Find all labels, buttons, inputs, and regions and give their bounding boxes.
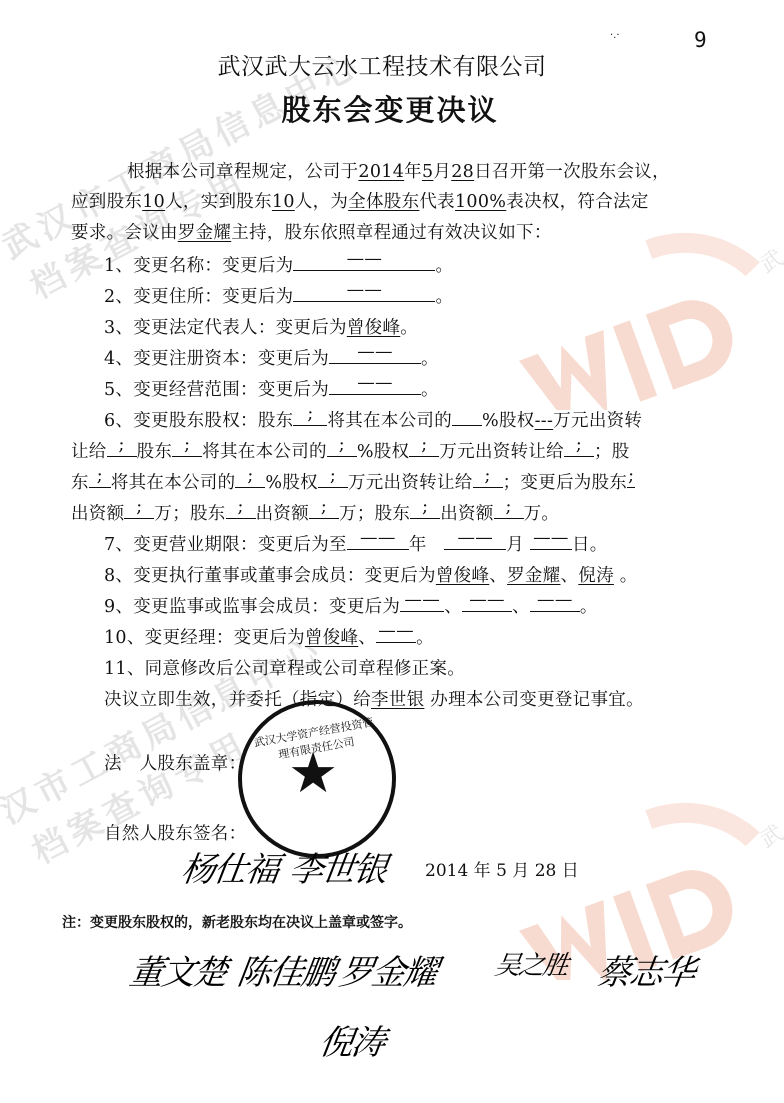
footnote: 注：变更股东股权的，新老股东均在决议上盖章或签字。	[62, 912, 412, 932]
legal-shareholder-label: 法 人股东盖章：	[104, 750, 246, 775]
item-4: 4、变更注册资本：变更后为——。	[104, 345, 439, 370]
item-3-value: 曾俊峰	[347, 318, 400, 338]
signature: 李世银	[287, 842, 390, 891]
scan-speck: ·.·	[610, 30, 620, 41]
item-8: 8、变更执行董事或董事会成员：变更后为曾俊峰、罗金耀、倪涛 。	[104, 562, 638, 587]
item-3: 3、变更法定代表人：变更后为曾俊峰。	[104, 314, 418, 339]
item-5-value: ——	[329, 378, 421, 395]
intro-line-2: 应到股东10人，实到股东10人，为全体股东代表100%表决权，符合法定	[71, 188, 649, 213]
item-2-value: ——	[293, 285, 435, 302]
item-6-line-4: 出资额;万；股东;出资额;万；股东;出资额;万。	[71, 500, 559, 525]
company-seal: ★ 武汉大学资产经营投资管理有限责任公司	[238, 700, 396, 858]
resolution-line: 决议立即生效，并委托（指定）给李世银 办理本公司变更登记事宜。	[104, 686, 644, 711]
item-10: 10、变更经理：变更后为曾俊峰、——。	[104, 624, 434, 649]
company-name: 武汉武大云水工程技术有限公司	[0, 48, 784, 81]
intro-line-1: 根据本公司章程规定，公司于2014年5月28日召开第一次股东会议，	[127, 158, 670, 183]
signature: 倪涛	[317, 1015, 388, 1064]
signature: 董文楚	[127, 945, 230, 994]
intro-line-3: 要求。会议由罗金耀主持，股东依照章程通过有效决议如下：	[71, 219, 552, 244]
signature: 蔡志华	[595, 945, 698, 994]
item-6-line-1: 6、变更股东股权：股东;将其在本公司的%股权---万元出资转	[104, 407, 642, 432]
item-1: 1、变更名称：变更后为——。	[104, 252, 453, 277]
item-4-value: ——	[329, 347, 421, 364]
signature: 陈佳鹏	[235, 945, 338, 994]
signature: 吴之胜	[492, 945, 569, 982]
item-1-value: ——	[293, 254, 435, 271]
signing-date: 2014 年 5 月 28 日	[425, 856, 579, 881]
item-7: 7、变更营业期限：变更后为至——年 ——月 ——日。	[104, 531, 608, 556]
signature: 杨仕福	[179, 842, 282, 891]
agent-name: 李世银	[371, 690, 424, 710]
item-2: 2、变更住所：变更后为——。	[104, 283, 453, 308]
document-page: ·.· 9 武汉武大云水工程技术有限公司 股东会变更决议 根据本公司章程规定，公…	[0, 0, 784, 1103]
document-title: 股东会变更决议	[0, 88, 784, 129]
signature: 罗金耀	[337, 945, 440, 994]
item-5: 5、变更经营范围：变更后为——。	[104, 376, 439, 401]
item-6-line-3: 东;将其在本公司的;%股权;万元出资转让给;；变更后为股东;	[71, 469, 635, 494]
item-6-line-2: 让给;股东;将其在本公司的;%股权;万元出资转让给;；股	[71, 438, 630, 463]
item-11: 11、同意修改后公司章程或公司章程修正案。	[104, 655, 465, 680]
item-9: 9、变更监事或监事会成员：变更后为——、——、——。	[104, 593, 598, 618]
